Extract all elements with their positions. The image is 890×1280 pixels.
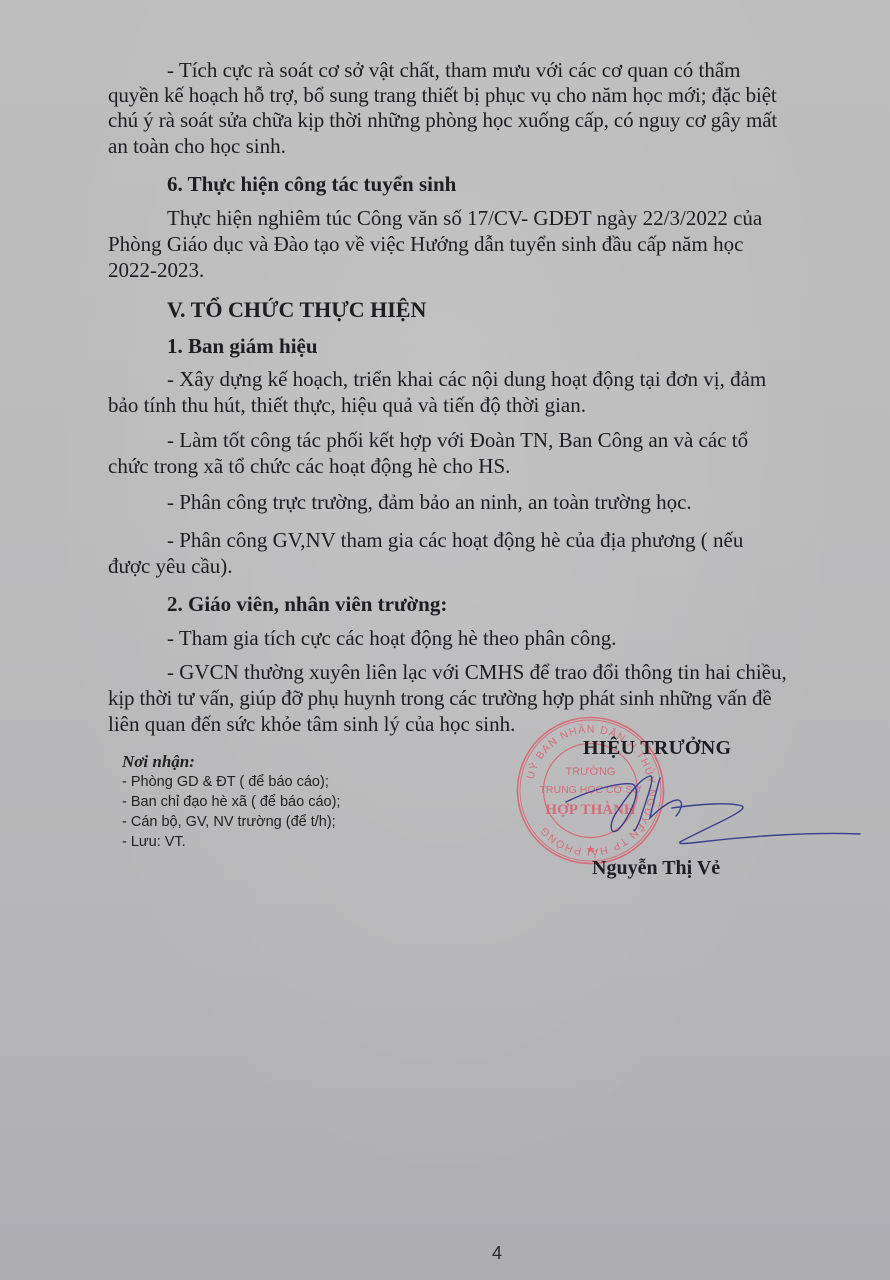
recipients-title: Nơi nhận: xyxy=(122,752,340,772)
section-heading-v: V. TỔ CHỨC THỰC HIỆN xyxy=(108,297,828,323)
page-number: 4 xyxy=(492,1243,502,1264)
signature-title: HIỆU TRƯỞNG xyxy=(583,737,731,760)
list-item: - GVCN thường xuyên liên lạc với CMHS để… xyxy=(108,660,828,685)
text-line: - Tích cực rà soát cơ sở vật chất, tham … xyxy=(108,58,828,83)
document-page: - Tích cực rà soát cơ sở vật chất, tham … xyxy=(0,0,890,1280)
text-line: quyền kế hoạch hỗ trợ, bổ sung trang thi… xyxy=(108,83,828,108)
handwritten-signature xyxy=(560,770,870,850)
signer-name: Nguyễn Thị Vẻ xyxy=(592,857,720,880)
text-line: liên quan đến sức khỏe tâm sinh lý của h… xyxy=(108,712,828,737)
list-item: - Phân công trực trường, đảm bảo an ninh… xyxy=(108,490,828,515)
subheading-1: 1. Ban giám hiệu xyxy=(108,334,828,359)
list-item: - Xây dựng kế hoạch, triển khai các nội … xyxy=(108,367,828,392)
recipient-item: - Ban chỉ đạo hè xã ( để báo cáo); xyxy=(122,792,340,812)
list-item: - Tham gia tích cực các hoạt động hè the… xyxy=(108,626,828,651)
recipients-block: Nơi nhận: - Phòng GD & ĐT ( để báo cáo);… xyxy=(122,752,340,852)
text-line: Thực hiện nghiêm túc Công văn số 17/CV- … xyxy=(108,206,828,231)
text-line: an toàn cho học sinh. xyxy=(108,134,828,159)
text-line: 2022-2023. xyxy=(108,258,828,283)
text-line: chức trong xã tổ chức các hoạt động hè c… xyxy=(108,454,828,479)
recipient-item: - Lưu: VT. xyxy=(122,832,340,852)
list-item: - Phân công GV,NV tham gia các hoạt động… xyxy=(108,528,828,553)
list-item: - Làm tốt công tác phối kết hợp với Đoàn… xyxy=(108,428,828,453)
recipient-item: - Phòng GD & ĐT ( để báo cáo); xyxy=(122,772,340,792)
subheading-6: 6. Thực hiện công tác tuyển sinh xyxy=(108,172,828,197)
text-line: Phòng Giáo dục và Đào tạo về việc Hướng … xyxy=(108,232,828,257)
text-line: chú ý rà soát sửa chữa kịp thời những ph… xyxy=(108,108,828,133)
recipient-item: - Cán bộ, GV, NV trường (để t/h); xyxy=(122,812,340,832)
text-line: được yêu cầu). xyxy=(108,554,828,579)
text-line: kịp thời tư vấn, giúp đỡ phụ huynh trong… xyxy=(108,686,828,711)
text-line: bảo tính thu hút, thiết thực, hiệu quả v… xyxy=(108,393,828,418)
subheading-2: 2. Giáo viên, nhân viên trường: xyxy=(108,592,828,617)
